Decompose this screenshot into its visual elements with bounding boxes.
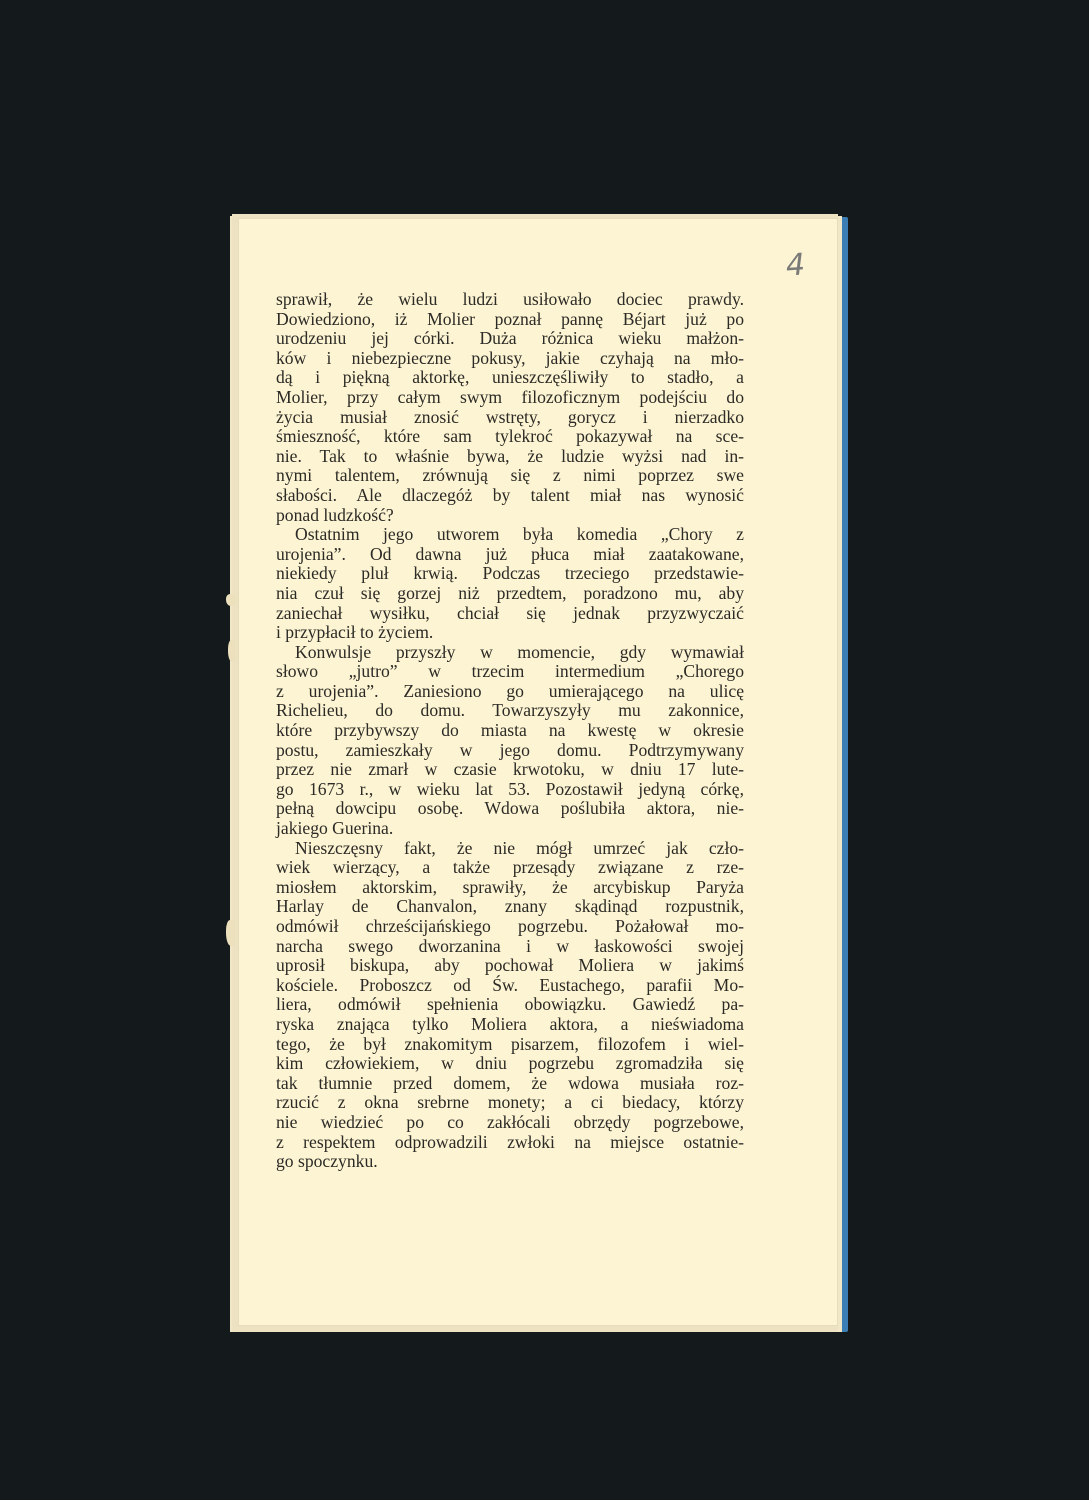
text-line: sprawił, że wielu ludzi usiłowało dociec… <box>276 290 744 310</box>
text-line: ponad ludzkość? <box>276 506 744 526</box>
text-line: Konwulsje przyszły w momencie, gdy wymaw… <box>276 643 744 663</box>
text-line: i przypłacił to życiem. <box>276 623 744 643</box>
document-page: 4 sprawił, że wielu ludzi usiłowało doci… <box>238 218 838 1326</box>
text-line: kim człowiekiem, w dniu pogrzebu zgromad… <box>276 1054 744 1074</box>
text-line: jakiego Guerina. <box>276 819 744 839</box>
text-line: uprosił biskupa, aby pochował Moliera w … <box>276 956 744 976</box>
text-line: liera, odmówił spełnienia obowiązku. Gaw… <box>276 995 744 1015</box>
text-line: urodzeniu jej córki. Duża różnica wieku … <box>276 329 744 349</box>
text-line: z urojenia”. Zaniesiono go umierającego … <box>276 682 744 702</box>
paragraph: Konwulsje przyszły w momencie, gdy wymaw… <box>276 643 744 839</box>
text-line: zaniechał wysiłku, chciał się jednak prz… <box>276 604 744 624</box>
text-line: Richelieu, do domu. Towarzyszyły mu zako… <box>276 701 744 721</box>
text-line: pełną dowcipu osobę. Wdowa poślubiła akt… <box>276 799 744 819</box>
text-line: przez nie zmarł w czasie krwotoku, w dni… <box>276 760 744 780</box>
text-line: ków i niebezpieczne pokusy, jakie czyhaj… <box>276 349 744 369</box>
text-line: Harlay de Chanvalon, znany skądinąd rozp… <box>276 897 744 917</box>
text-line: narcha swego dworzanina i w łaskowości s… <box>276 937 744 957</box>
body-text: sprawił, że wielu ludzi usiłowało dociec… <box>276 290 744 1172</box>
text-line: z respektem odprowadzili zwłoki na miejs… <box>276 1133 744 1153</box>
text-line: kościele. Proboszcz od Św. Eustachego, p… <box>276 976 744 996</box>
text-line: które przybywszy do miasta na kwestę w o… <box>276 721 744 741</box>
paragraph: Nieszczęsny fakt, że nie mógł umrzeć jak… <box>276 839 744 1172</box>
text-line: Nieszczęsny fakt, że nie mógł umrzeć jak… <box>276 839 744 859</box>
text-line: Dowiedziono, iż Molier poznał pannę Béja… <box>276 310 744 330</box>
text-line: ryska znająca tylko Moliera aktora, a ni… <box>276 1015 744 1035</box>
text-line: nie. Tak to właśnie bywa, że ludzie wyżs… <box>276 447 744 467</box>
text-line: wiek wierzący, a także przesądy związane… <box>276 858 744 878</box>
text-line: tego, że był znakomitym pisarzem, filozo… <box>276 1035 744 1055</box>
text-line: odmówił chrześcijańskiego pogrzebu. Poża… <box>276 917 744 937</box>
text-line: tak tłumnie przed domem, że wdowa musiał… <box>276 1074 744 1094</box>
text-line: miosłem aktorskim, sprawiły, że arcybisk… <box>276 878 744 898</box>
text-line: Molier, przy całym swym filozoficznym po… <box>276 388 744 408</box>
text-line: nymi talentem, zrównują się z nimi poprz… <box>276 466 744 486</box>
paper-tear <box>226 594 236 606</box>
text-line: go spoczynku. <box>276 1152 744 1172</box>
text-line: śmieszność, które sam tylekroć pokazywał… <box>276 427 744 447</box>
paper-tear <box>226 920 236 946</box>
text-line: niekiedy pluł krwią. Podczas trzeciego p… <box>276 564 744 584</box>
text-line: Ostatnim jego utworem była komedia „Chor… <box>276 525 744 545</box>
paper-tear <box>228 640 236 662</box>
text-line: postu, zamieszkały w jego domu. Podtrzym… <box>276 741 744 761</box>
text-line: nia czuł się gorzej niż przedtem, poradz… <box>276 584 744 604</box>
text-line: rzucić z okna srebrne monety; a ci bieda… <box>276 1093 744 1113</box>
handwritten-page-number: 4 <box>785 247 804 283</box>
text-line: dą i piękną aktorkę, unieszczęśliwiły to… <box>276 368 744 388</box>
text-line: nie wiedzieć po co zakłócali obrzędy pog… <box>276 1113 744 1133</box>
text-line: go 1673 r., w wieku lat 53. Pozostawił j… <box>276 780 744 800</box>
text-line: słabości. Ale dlaczegóż by talent miał n… <box>276 486 744 506</box>
text-line: życia musiał znosić wstręty, gorycz i ni… <box>276 408 744 428</box>
text-line: urojenia”. Od dawna już płuca miał zaata… <box>276 545 744 565</box>
text-line: słowo „jutro” w trzecim intermedium „Cho… <box>276 662 744 682</box>
paragraph: sprawił, że wielu ludzi usiłowało dociec… <box>276 290 744 525</box>
paragraph: Ostatnim jego utworem była komedia „Chor… <box>276 525 744 643</box>
